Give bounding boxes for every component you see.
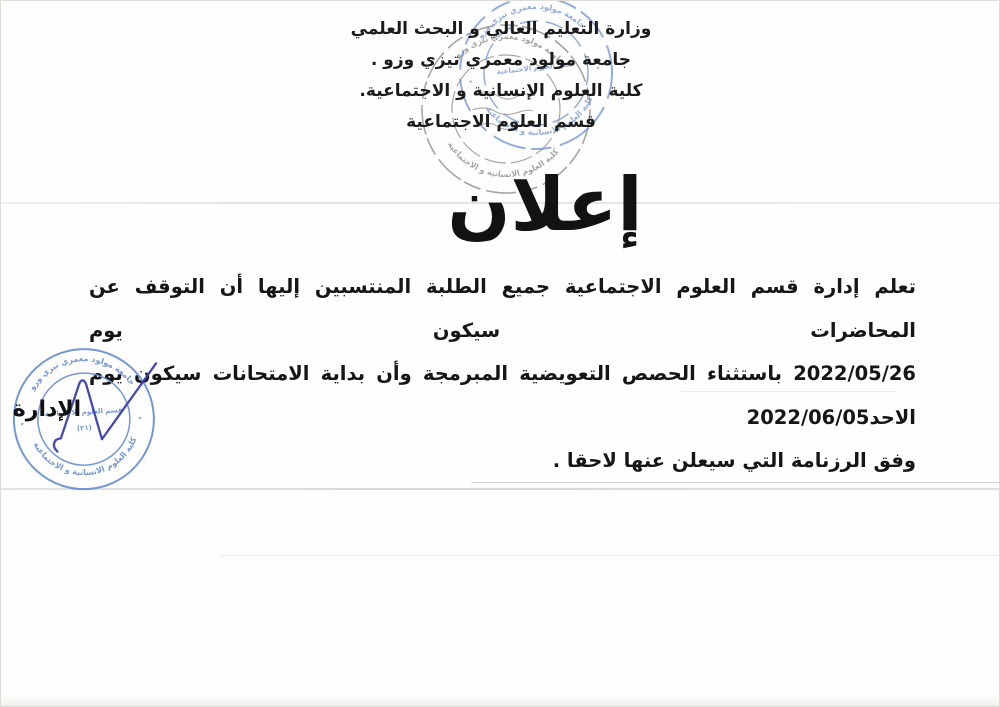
ministry-line: وزارة التعليم العالي و البحث العلمي: [1, 14, 1000, 45]
body-line-1: تعلم إدارة قسم العلوم الاجتماعية جميع ال…: [89, 265, 916, 352]
document-header: وزارة التعليم العالي و البحث العلمي جامع…: [1, 14, 1000, 138]
administration-label: الإدارة: [6, 397, 88, 422]
announcement-title: إعلان: [45, 149, 1000, 261]
bottom-stamp-inner-number: (٢١): [77, 424, 92, 433]
scan-fold-line-bottom: [221, 555, 1000, 556]
faculty-line: كلية العلوم الإنسانية و الاجتماعية.: [1, 76, 1000, 107]
body-line-2: 2022/05/26 باستثناء الحصص التعويضية المب…: [89, 352, 916, 439]
bottom-stamp-ring-text-top: جامعة مولود معمري تيزي وزو: [25, 351, 137, 393]
university-line: جامعة مولود معمري تيزي وزو .: [1, 45, 1000, 76]
svg-text:جامعة مولود معمري تيزي وزو: جامعة مولود معمري تيزي وزو: [25, 351, 137, 393]
scanned-announcement-document: جامعة مولود معمري تيزي وزو كلية العلوم ا…: [0, 0, 1000, 707]
announcement-body: تعلم إدارة قسم العلوم الاجتماعية جميع ال…: [89, 265, 916, 483]
bottom-stamp-star-right: ٭: [138, 413, 143, 422]
body-line-3: وفق الرزنامة التي سيعلن عنها لاحقا .: [89, 439, 916, 483]
department-line: قسم العلوم الاجتماعية: [1, 107, 1000, 138]
scan-edge-shading: [1, 694, 1000, 706]
